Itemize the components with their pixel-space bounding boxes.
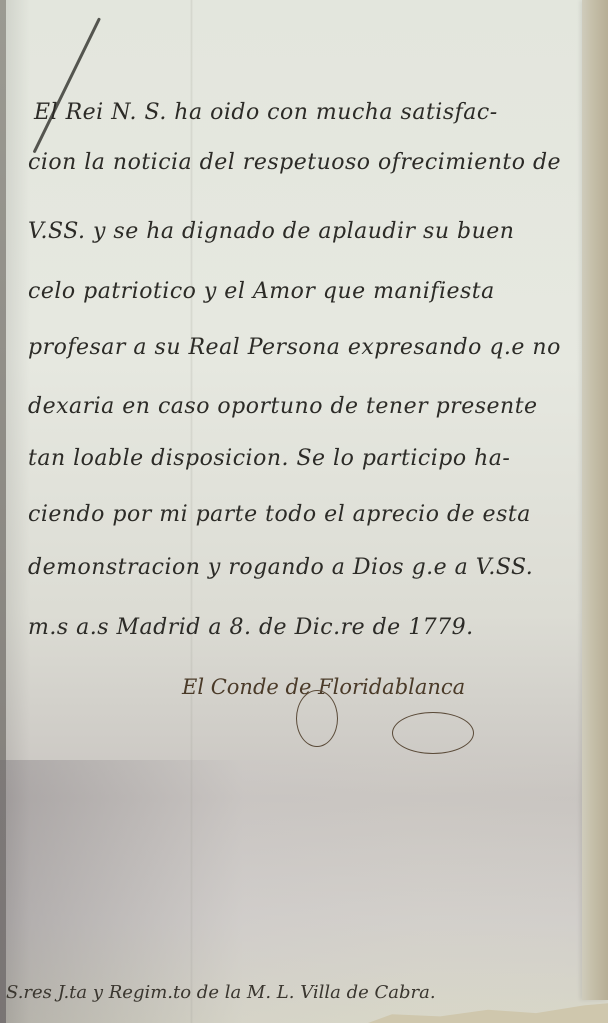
document-page: El Rei N. S. ha oido con mucha satisfac-…: [0, 0, 608, 1023]
rubric-flourish-icon: [392, 712, 474, 754]
body-line-6: dexaria en caso oportuno de tener presen…: [28, 394, 538, 419]
body-line-3: V.SS. y se ha dignado de aplaudir su bue…: [28, 219, 514, 244]
body-line-5: profesar a su Real Persona expresando q.…: [28, 335, 561, 360]
signature-loop-icon: [296, 690, 338, 747]
body-line-7: tan loable disposicion. Se lo participo …: [28, 446, 510, 471]
body-line-1: El Rei N. S. ha oido con mucha satisfac-: [34, 100, 498, 125]
body-line-2: cion la noticia del respetuoso ofrecimie…: [28, 150, 561, 175]
body-line-4: celo patriotico y el Amor que manifiesta: [28, 279, 495, 304]
body-line-9: demonstracion y rogando a Dios g.e a V.S…: [28, 555, 533, 580]
address-line: S.res J.ta y Regim.to de la M. L. Villa …: [6, 982, 436, 1003]
body-line-8: ciendo por mi parte todo el aprecio de e…: [28, 502, 531, 527]
page-right-edge: [582, 0, 608, 1000]
body-line-10: m.s a.s Madrid a 8. de Dic.re de 1779.: [28, 615, 474, 640]
margin-slash-mark: [33, 17, 101, 153]
